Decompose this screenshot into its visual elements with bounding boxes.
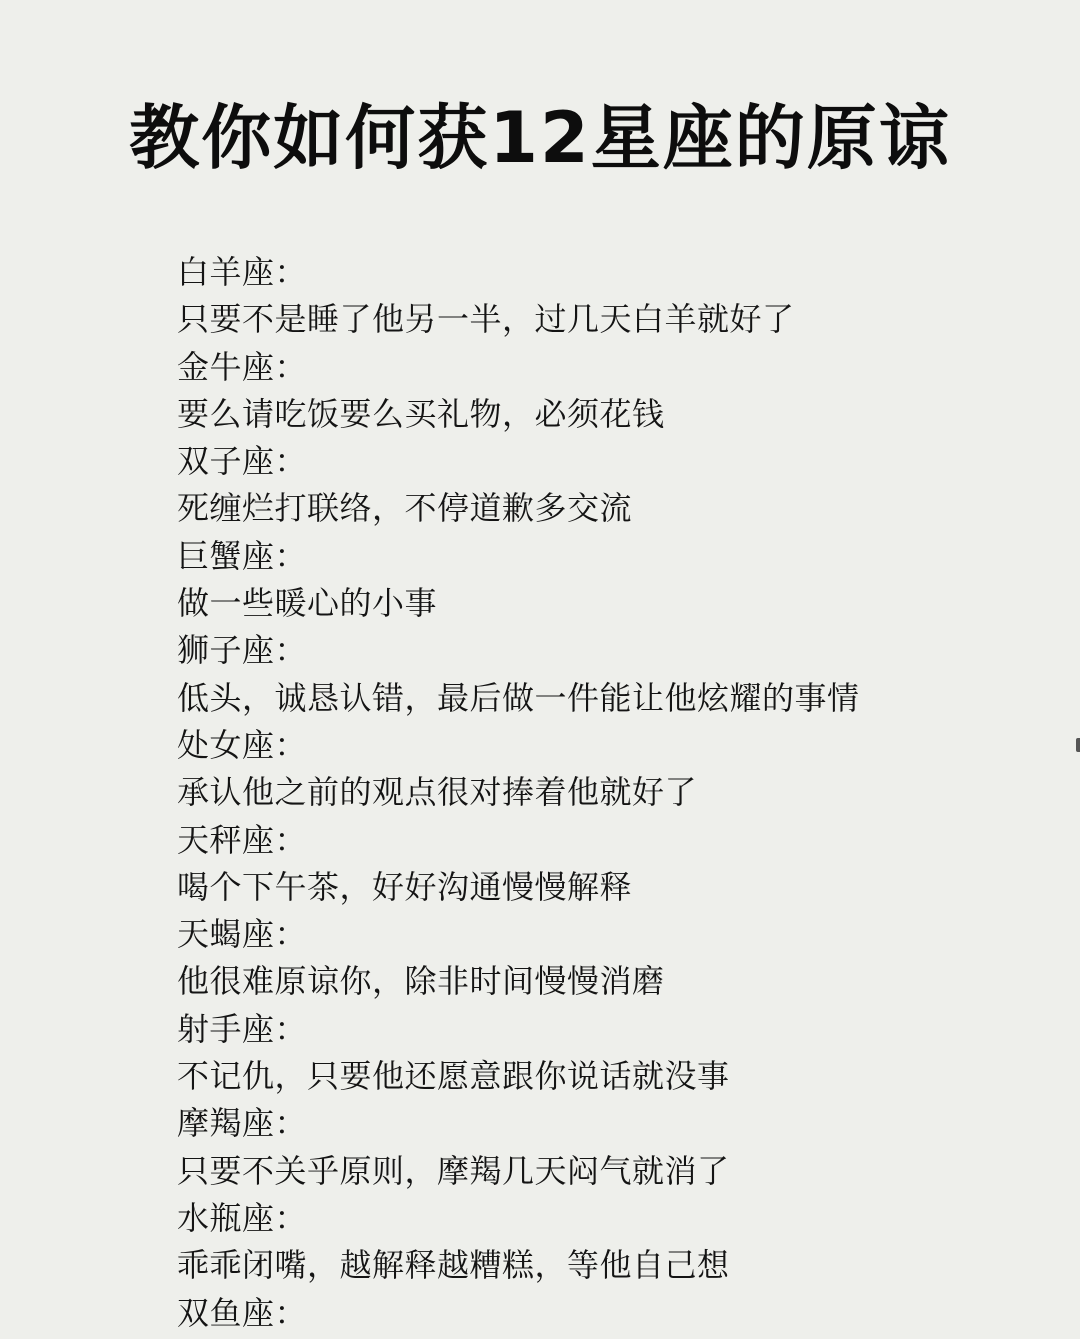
sign-advice: 只要不是睡了他另一半，过几天白羊就好了 [177,296,1057,343]
zodiac-entry-sagittarius: 射手座： 不记仇，只要他还愿意跟你说话就没事 [177,1006,1057,1101]
sign-advice: 做一些暖心的小事 [177,580,1057,627]
page-edge-marker [1076,738,1080,752]
sign-name: 水瓶座： [177,1195,1057,1242]
sign-advice: 死缠烂打联络，不停道歉多交流 [177,485,1057,532]
sign-name: 天秤座： [177,817,1057,864]
sign-advice: 承认他之前的观点很对捧着他就好了 [177,769,1057,816]
sign-name: 金牛座： [177,344,1057,391]
sign-name: 摩羯座： [177,1100,1057,1147]
page-title: 教你如何获12星座的原谅 [0,96,1080,180]
sign-name: 白羊座： [177,249,1057,296]
sign-name: 射手座： [177,1006,1057,1053]
zodiac-entry-pisces: 双鱼座： [177,1290,1057,1337]
sign-name: 双子座： [177,438,1057,485]
sign-advice: 只要不关乎原则，摩羯几天闷气就消了 [177,1148,1057,1195]
sign-name: 巨蟹座： [177,533,1057,580]
sign-advice: 低头，诚恳认错，最后做一件能让他炫耀的事情 [177,675,1057,722]
zodiac-list: 白羊座： 只要不是睡了他另一半，过几天白羊就好了 金牛座： 要么请吃饭要么买礼物… [177,249,1057,1337]
sign-advice: 要么请吃饭要么买礼物，必须花钱 [177,391,1057,438]
zodiac-entry-aquarius: 水瓶座： 乖乖闭嘴，越解释越糟糕，等他自己想 [177,1195,1057,1290]
sign-name: 狮子座： [177,627,1057,674]
sign-name: 处女座： [177,722,1057,769]
zodiac-entry-leo: 狮子座： 低头，诚恳认错，最后做一件能让他炫耀的事情 [177,627,1057,722]
zodiac-entry-virgo: 处女座： 承认他之前的观点很对捧着他就好了 [177,722,1057,817]
zodiac-entry-capricorn: 摩羯座： 只要不关乎原则，摩羯几天闷气就消了 [177,1100,1057,1195]
sign-name: 天蝎座： [177,911,1057,958]
sign-advice: 不记仇，只要他还愿意跟你说话就没事 [177,1053,1057,1100]
zodiac-entry-taurus: 金牛座： 要么请吃饭要么买礼物，必须花钱 [177,344,1057,439]
sign-advice: 喝个下午茶，好好沟通慢慢解释 [177,864,1057,911]
zodiac-entry-gemini: 双子座： 死缠烂打联络，不停道歉多交流 [177,438,1057,533]
document-page: 教你如何获12星座的原谅 白羊座： 只要不是睡了他另一半，过几天白羊就好了 金牛… [0,0,1080,1339]
zodiac-entry-aries: 白羊座： 只要不是睡了他另一半，过几天白羊就好了 [177,249,1057,344]
zodiac-entry-cancer: 巨蟹座： 做一些暖心的小事 [177,533,1057,628]
zodiac-entry-libra: 天秤座： 喝个下午茶，好好沟通慢慢解释 [177,817,1057,912]
sign-advice: 乖乖闭嘴，越解释越糟糕，等他自己想 [177,1242,1057,1289]
zodiac-entry-scorpio: 天蝎座： 他很难原谅你，除非时间慢慢消磨 [177,911,1057,1006]
sign-advice: 他很难原谅你，除非时间慢慢消磨 [177,958,1057,1005]
sign-name: 双鱼座： [177,1290,1057,1337]
